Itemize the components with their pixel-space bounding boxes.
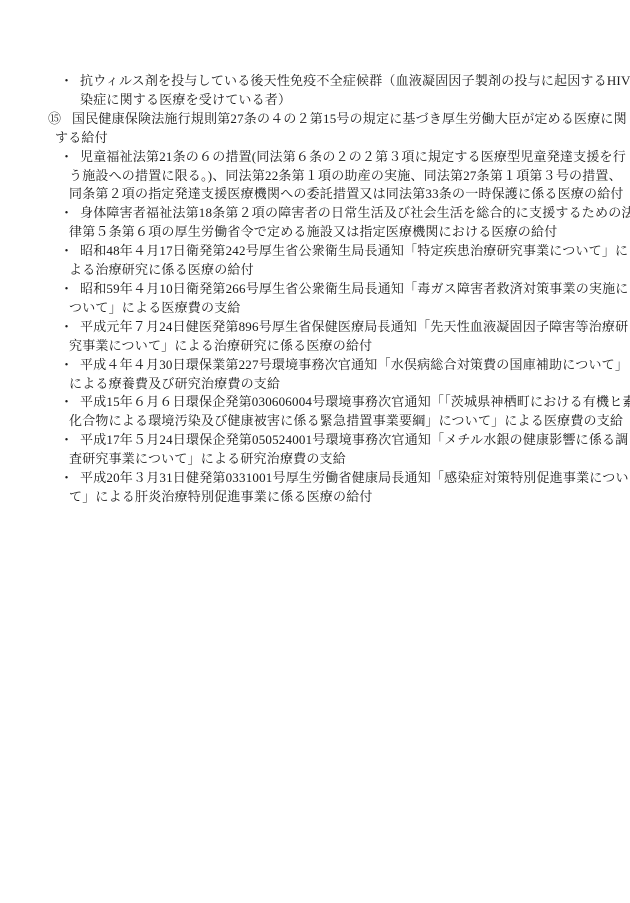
text-line: 査研究事業について」による研究治療費の支給 [0,450,630,469]
list-item-hiv: ・抗ウィルス剤を投与している後天性免疫不全症候群（血液凝固因子製剤の投与に起因す… [0,72,630,110]
list-item-15: ⑮国民健康保険法施行規則第27条の４の２第15号の規定に基づき厚生労働大臣が定め… [0,110,630,148]
text-line: ・平成17年５月24日環保企発第050524001号環境事務次官通知「メチル水銀… [0,431,630,450]
line-text: 国民健康保険法施行規則第27条の４の２第15号の規定に基づき厚生労働大臣が定める… [72,111,627,126]
sub-list-item: ・身体障害者福祉法第18条第２項の障害者の日常生活及び社会生活を総合的に支援する… [0,204,630,242]
line-text: 平成４年４月30日環保業第227号環境事務次官通知「水俣病総合対策費の国庫補助に… [80,357,628,372]
bullet-icon: ・ [60,469,73,488]
line-text: 抗ウィルス剤を投与している後天性免疫不全症候群（血液凝固因子製剤の投与に起因する… [80,73,630,88]
sub-list-item: ・平成15年６月６日環保企発第030606004号環境事務次官通知「「茨城県神栖… [0,393,630,431]
sub-list-item: ・児童福祉法第21条の６の措置(同法第６条の２の２第３項に規定する医療型児童発達… [0,148,630,205]
bullet-icon: ・ [60,356,73,375]
text-line: う施設への措置に限る。)、同法第22条第１項の助産の実施、同法第27条第１項第３… [0,167,630,186]
bullet-icon: ・ [60,148,73,167]
text-line: する給付 [0,129,630,148]
document-content: ・抗ウィルス剤を投与している後天性免疫不全症候群（血液凝固因子製剤の投与に起因す… [0,72,630,507]
text-line: ・平成４年４月30日環保業第227号環境事務次官通知「水俣病総合対策費の国庫補助… [0,356,630,375]
line-text: 平成元年７月24日健医発第896号厚生省保健医療局長通知「先天性血液凝固因子障害… [80,319,628,334]
line-text: 児童福祉法第21条の６の措置(同法第６条の２の２第３項に規定する医療型児童発達支… [80,149,626,164]
line-text: 平成17年５月24日環保企発第050524001号環境事務次官通知「メチル水銀の… [80,432,628,447]
text-line: よる治療研究に係る医療の給付 [0,261,630,280]
bullet-icon: ・ [60,242,73,261]
sub-list-item: ・平成17年５月24日環保企発第050524001号環境事務次官通知「メチル水銀… [0,431,630,469]
sub-list-item: ・昭和59年４月10日衛発第266号厚生省公衆衛生局長通知「毒ガス障害者救済対策… [0,280,630,318]
line-text: 昭和48年４月17日衛発第242号厚生省公衆衛生局長通知「特定疾患治療研究事業に… [80,243,628,258]
text-line: て」による肝炎治療特別促進事業に係る医療の給付 [0,488,630,507]
text-line: ・平成20年３月31日健発第0331001号厚生労働省健康局長通知「感染症対策特… [0,469,630,488]
sub-list-item: ・平成元年７月24日健医発第896号厚生省保健医療局長通知「先天性血液凝固因子障… [0,318,630,356]
sub-list-item: ・昭和48年４月17日衛発第242号厚生省公衆衛生局長通知「特定疾患治療研究事業… [0,242,630,280]
line-text: 平成20年３月31日健発第0331001号厚生労働省健康局長通知「感染症対策特別… [80,470,629,485]
sub-list-item: ・平成20年３月31日健発第0331001号厚生労働省健康局長通知「感染症対策特… [0,469,630,507]
text-line: ・昭和59年４月10日衛発第266号厚生省公衆衛生局長通知「毒ガス障害者救済対策… [0,280,630,299]
bullet-icon: ・ [60,280,73,299]
bullet-icon: ・ [60,318,73,337]
bullet-icon: ・ [60,393,73,412]
line-text: 平成15年６月６日環保企発第030606004号環境事務次官通知「「茨城県神栖町… [80,394,630,409]
text-line: 化合物による環境汚染及び健康被害に係る緊急措置事業要綱」について」による医療費の… [0,412,630,431]
bullet-icon: ・ [60,72,73,91]
text-line: ・抗ウィルス剤を投与している後天性免疫不全症候群（血液凝固因子製剤の投与に起因す… [0,72,630,91]
text-line: ・児童福祉法第21条の６の措置(同法第６条の２の２第３項に規定する医療型児童発達… [0,148,630,167]
text-line: ・平成15年６月６日環保企発第030606004号環境事務次官通知「「茨城県神栖… [0,393,630,412]
line-text: 身体障害者福祉法第18条第２項の障害者の日常生活及び社会生活を総合的に支援するた… [80,205,630,220]
text-line: ついて」による医療費の支給 [0,299,630,318]
circled-number-15-icon: ⑮ [48,110,61,129]
text-line: による療養費及び研究治療費の支給 [0,375,630,394]
document-page: ・抗ウィルス剤を投与している後天性免疫不全症候群（血液凝固因子製剤の投与に起因す… [0,0,630,903]
text-line: 同条第２項の指定発達支援医療機関への委託措置又は同法第33条の一時保護に係る医療… [0,185,630,204]
text-line: ・平成元年７月24日健医発第896号厚生省保健医療局長通知「先天性血液凝固因子障… [0,318,630,337]
text-line: ⑮国民健康保険法施行規則第27条の４の２第15号の規定に基づき厚生労働大臣が定め… [0,110,630,129]
bullet-icon: ・ [60,431,73,450]
line-text: 昭和59年４月10日衛発第266号厚生省公衆衛生局長通知「毒ガス障害者救済対策事… [80,281,629,296]
text-line: ・身体障害者福祉法第18条第２項の障害者の日常生活及び社会生活を総合的に支援する… [0,204,630,223]
text-line: 染症に関する医療を受けている者） [0,91,630,110]
sub-list-item: ・平成４年４月30日環保業第227号環境事務次官通知「水俣病総合対策費の国庫補助… [0,356,630,394]
text-line: 究事業について」による治療研究に係る医療の給付 [0,337,630,356]
bullet-icon: ・ [60,204,73,223]
text-line: ・昭和48年４月17日衛発第242号厚生省公衆衛生局長通知「特定疾患治療研究事業… [0,242,630,261]
text-line: 律第５条第６項の厚生労働省令で定める施設又は指定医療機関における医療の給付 [0,223,630,242]
